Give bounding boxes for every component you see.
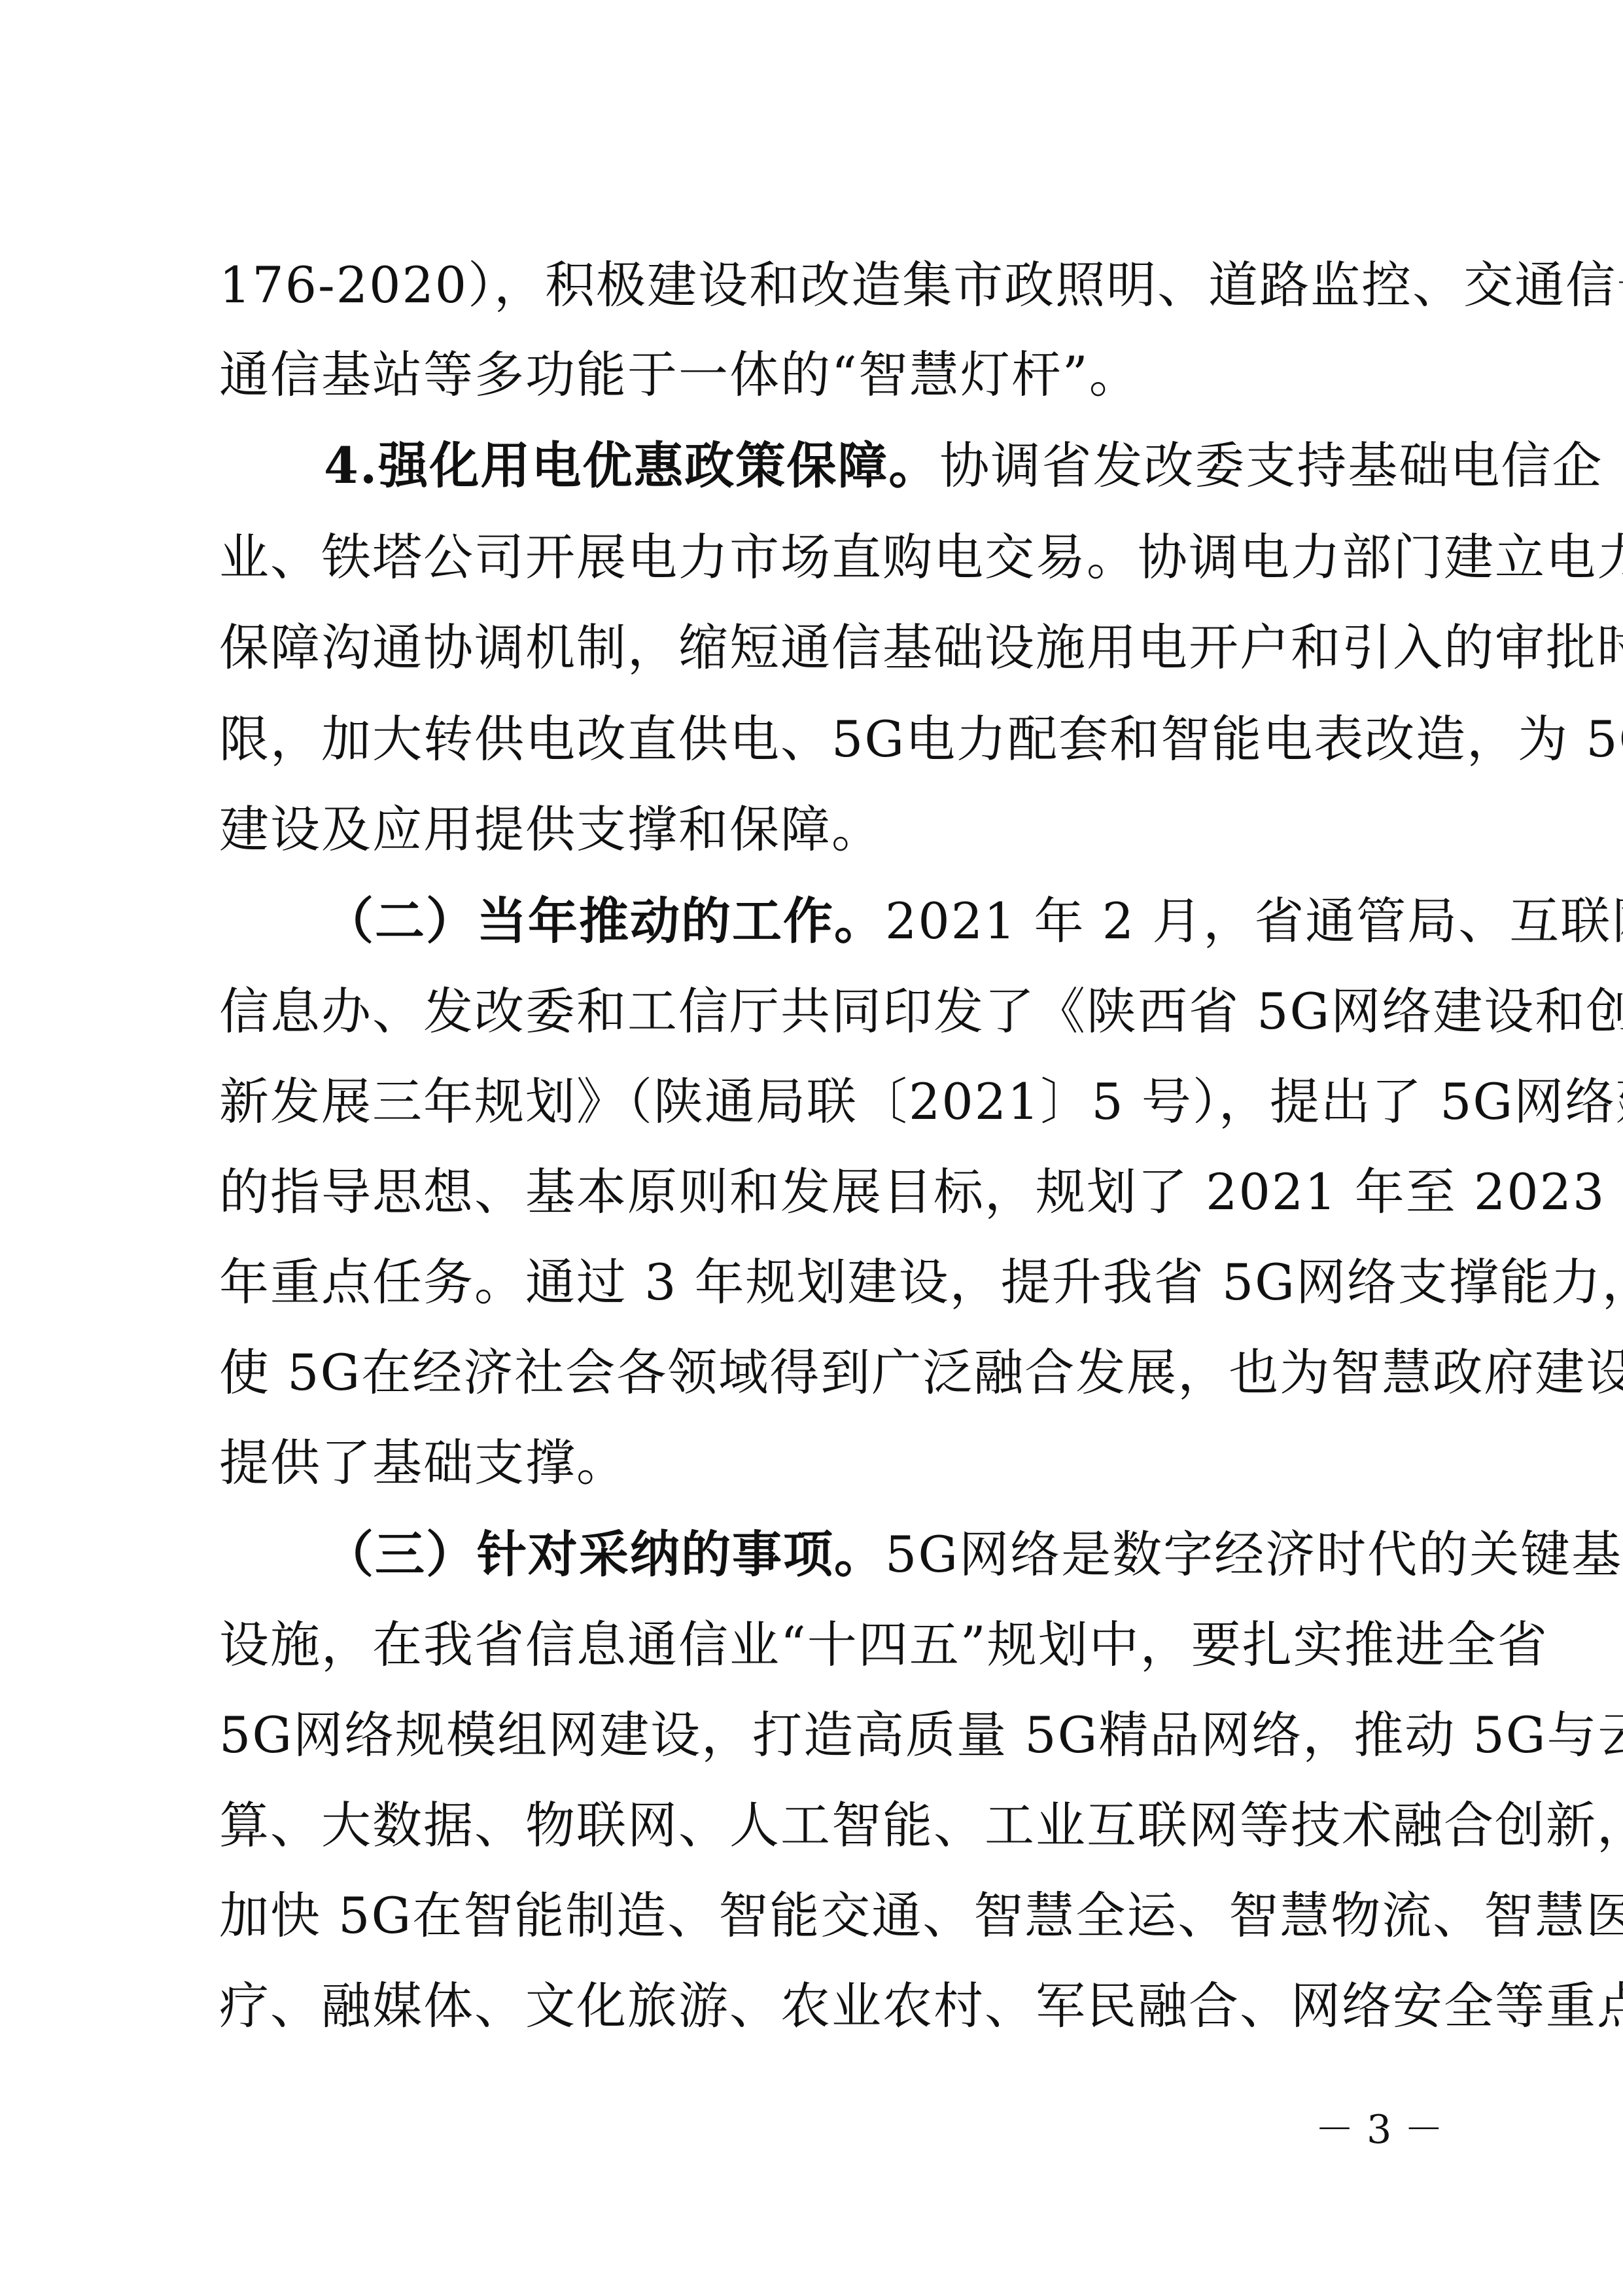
- line-text: 设施，在我省信息通信业“十四五”规划中，要扎实推进全省: [219, 1616, 1548, 1674]
- line-text: 算、大数据、物联网、人工智能、工业互联网等技术融合创新，: [219, 1796, 1623, 1854]
- line-text: 2021 年 2 月，省通管局、互联网: [885, 892, 1623, 950]
- line-text: 新发展三年规划》（陕通局联〔2021〕5 号），提出了 5G网络建设: [219, 1072, 1623, 1131]
- text-line-16: 设施，在我省信息通信业“十四五”规划中，要扎实推进全省: [219, 1612, 1402, 1678]
- line-text: 5G网络是数字经济时代的关键基础: [885, 1525, 1623, 1583]
- line-text: 疗、融媒体、文化旅游、农业农村、军民融合、网络安全等重点: [219, 1977, 1623, 2035]
- text-line-11: 的指导思想、基本原则和发展目标，规划了 2021 年至 2023 年 3: [219, 1159, 1402, 1225]
- text-line-9: 信息办、发改委和工信厅共同印发了《陕西省 5G网络建设和创: [219, 979, 1402, 1044]
- section-heading-3: （三）针对采纳的事项。: [324, 1525, 885, 1583]
- line-text: 保障沟通协调机制，缩短通信基础设施用电开户和引入的审批时: [219, 618, 1623, 677]
- text-line-17: 5G网络规模组网建设，打造高质量 5G精品网络，推动 5G与云计: [219, 1703, 1402, 1768]
- line-text: 176-2020），积极建设和改造集市政照明、道路监控、交通信号、: [219, 256, 1623, 314]
- line-text: 信息办、发改委和工信厅共同印发了《陕西省 5G网络建设和创: [219, 982, 1623, 1040]
- text-line-7: 建设及应用提供支撑和保障。: [219, 797, 1402, 862]
- text-line-1: 176-2020），积极建设和改造集市政照明、道路监控、交通信号、: [219, 253, 1402, 318]
- text-line-13: 使 5G在经济社会各领域得到广泛融合发展，也为智慧政府建设: [219, 1340, 1402, 1405]
- text-line-2: 通信基站等多功能于一体的“智慧灯杆”。: [219, 342, 1402, 408]
- line-text: 使 5G在经济社会各领域得到广泛融合发展，也为智慧政府建设: [219, 1343, 1623, 1402]
- section-3-heading-line: （三）针对采纳的事项。5G网络是数字经济时代的关键基础: [324, 1522, 1402, 1587]
- text-line-14: 提供了基础支撑。: [219, 1430, 1402, 1496]
- line-text: 通信基站等多功能于一体的“智慧灯杆”。: [219, 345, 1140, 404]
- line-text: 5G网络规模组网建设，打造高质量 5G精品网络，推动 5G与云计: [219, 1706, 1623, 1764]
- section-2-heading-line: （二）当年推动的工作。2021 年 2 月，省通管局、互联网: [324, 889, 1402, 954]
- text-line-10: 新发展三年规划》（陕通局联〔2021〕5 号），提出了 5G网络建设: [219, 1069, 1402, 1135]
- text-line-12: 年重点任务。通过 3 年规划建设，提升我省 5G网络支撑能力，: [219, 1250, 1402, 1315]
- line-text: 加快 5G在智能制造、智能交通、智慧全运、智慧物流、智慧医: [219, 1886, 1623, 1945]
- line-text: 提供了基础支撑。: [219, 1434, 627, 1492]
- document-page: 176-2020），积极建设和改造集市政照明、道路监控、交通信号、 通信基站等多…: [0, 0, 1623, 2296]
- line-text: 限，加大转供电改直供电、5G电力配套和智能电表改造，为 5G: [219, 710, 1623, 768]
- section-heading-4: 4.强化用电优惠政策保障。: [324, 436, 939, 495]
- line-text: 年重点任务。通过 3 年规划建设，提升我省 5G网络支撑能力，: [219, 1253, 1623, 1311]
- line-text: 业、铁塔公司开展电力市场直购电交易。协调电力部门建立电力: [219, 528, 1623, 586]
- line-text: 的指导思想、基本原则和发展目标，规划了 2021 年至 2023 年 3: [219, 1163, 1623, 1221]
- section-heading-2: （二）当年推动的工作。: [324, 892, 885, 950]
- line-text: 协调省发改委支持基础电信企: [939, 436, 1603, 495]
- paragraph-4-heading-line: 4.强化用电优惠政策保障。协调省发改委支持基础电信企: [324, 433, 1402, 499]
- page-number: － 3 －: [1315, 2104, 1426, 2156]
- text-line-5: 保障沟通协调机制，缩短通信基础设施用电开户和引入的审批时: [219, 615, 1402, 680]
- text-line-18: 算、大数据、物联网、人工智能、工业互联网等技术融合创新，: [219, 1793, 1402, 1858]
- text-line-6: 限，加大转供电改直供电、5G电力配套和智能电表改造，为 5G: [219, 707, 1402, 772]
- line-text: 建设及应用提供支撑和保障。: [219, 800, 882, 858]
- text-line-4: 业、铁塔公司开展电力市场直购电交易。协调电力部门建立电力: [219, 525, 1402, 590]
- text-line-19: 加快 5G在智能制造、智能交通、智慧全运、智慧物流、智慧医: [219, 1883, 1402, 1949]
- text-line-20: 疗、融媒体、文化旅游、农业农村、军民融合、网络安全等重点: [219, 1973, 1402, 2039]
